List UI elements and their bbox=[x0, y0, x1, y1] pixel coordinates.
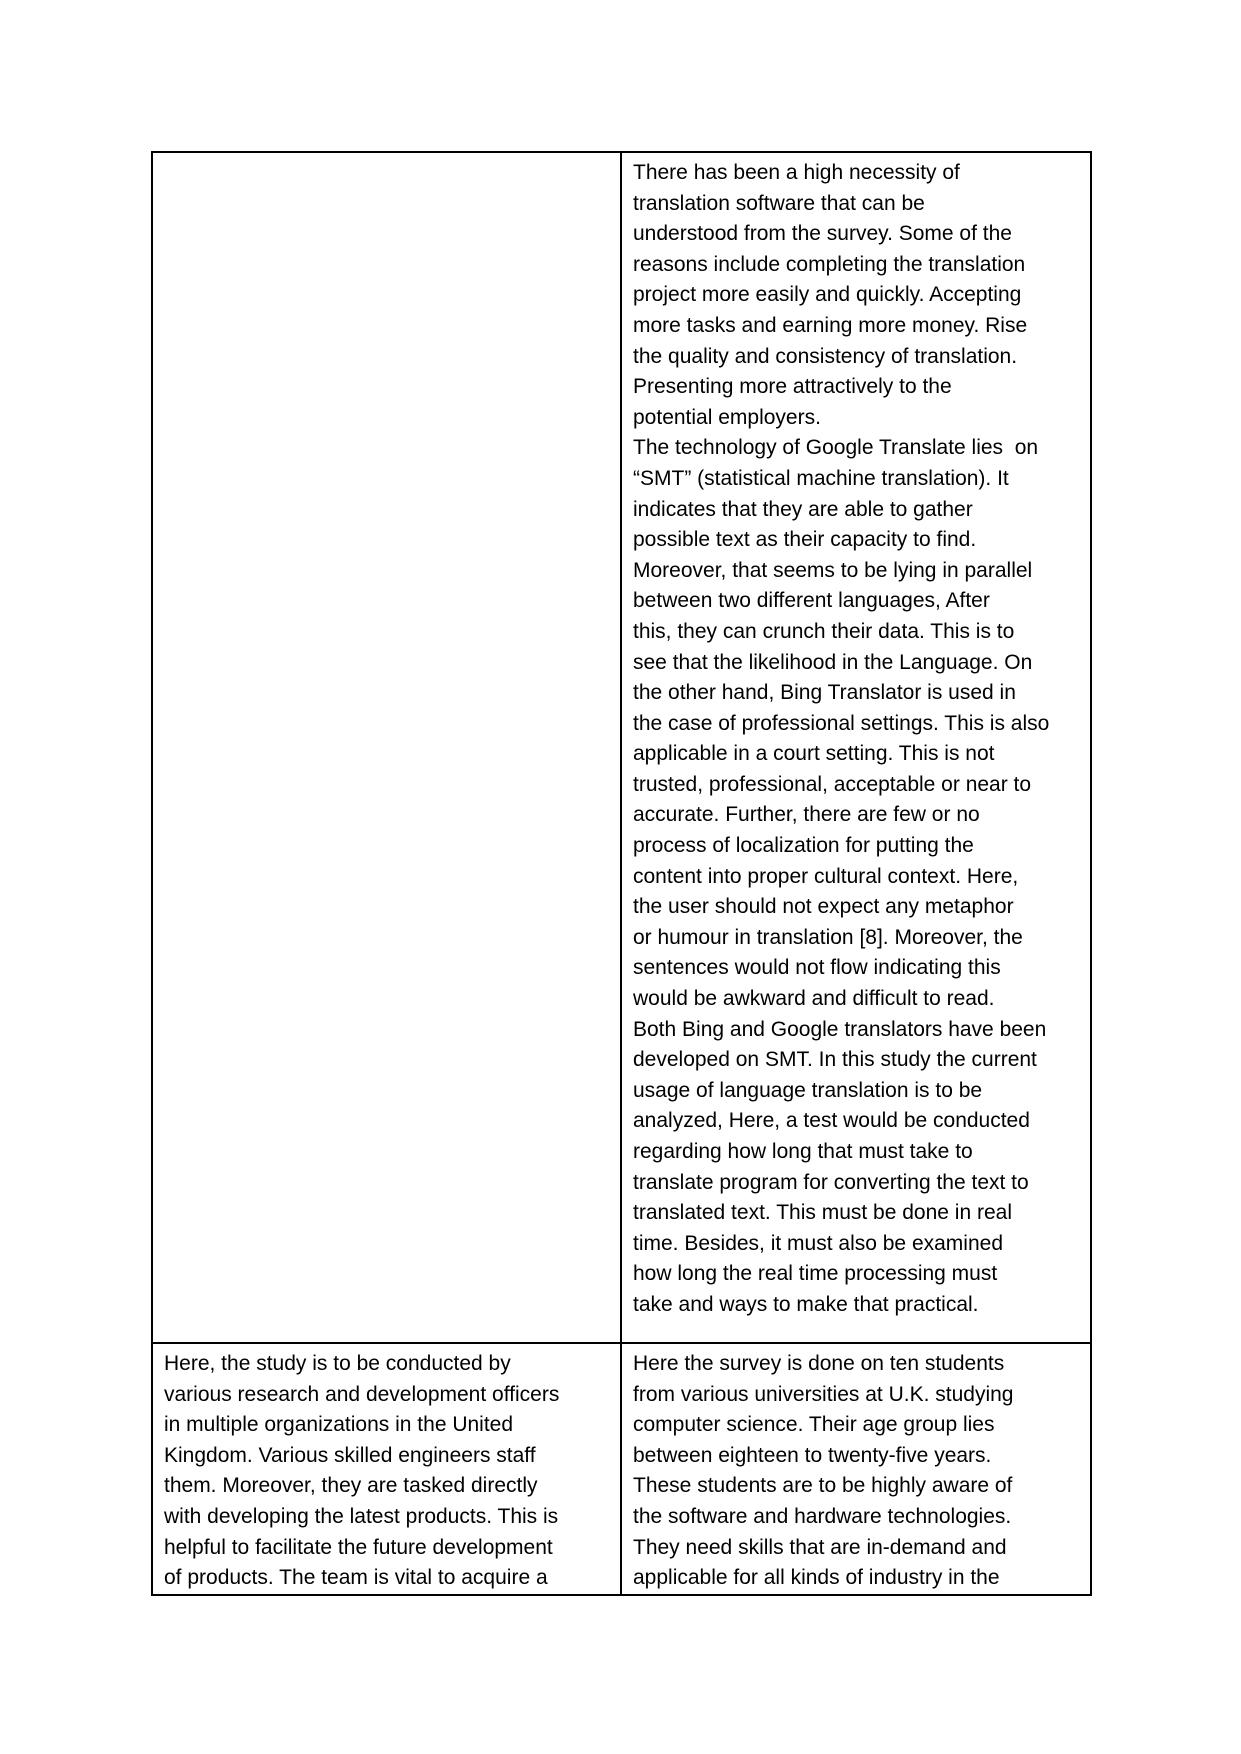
text-line: various research and development officer… bbox=[164, 1380, 610, 1411]
text-line: time. Besides, it must also be examined bbox=[633, 1229, 1080, 1260]
text-line: Here the survey is done on ten students bbox=[633, 1349, 1080, 1380]
text-line: take and ways to make that practical. bbox=[633, 1290, 1080, 1321]
text-line: Moreover, that seems to be lying in para… bbox=[633, 556, 1080, 587]
table-cell-r2c2-survey-text: Here the survey is done on ten studentsf… bbox=[621, 1343, 1091, 1595]
text-line: of products. The team is vital to acquir… bbox=[164, 1563, 610, 1594]
text-line: reasons include completing the translati… bbox=[633, 250, 1080, 281]
text-line: usage of language translation is to be bbox=[633, 1076, 1080, 1107]
text-line: translate program for converting the tex… bbox=[633, 1168, 1080, 1199]
text-line: trusted, professional, acceptable or nea… bbox=[633, 770, 1080, 801]
text-line: applicable for all kinds of industry in … bbox=[633, 1563, 1080, 1594]
text-line: These students are to be highly aware of bbox=[633, 1471, 1080, 1502]
text-line: sentences would not flow indicating this bbox=[633, 953, 1080, 984]
text-line: see that the likelihood in the Language.… bbox=[633, 648, 1080, 679]
text-line: indicates that they are able to gather bbox=[633, 495, 1080, 526]
text-line: in multiple organizations in the United bbox=[164, 1410, 610, 1441]
text-line: computer science. Their age group lies bbox=[633, 1410, 1080, 1441]
text-line: between eighteen to twenty-five years. bbox=[633, 1441, 1080, 1472]
text-line: Kingdom. Various skilled engineers staff bbox=[164, 1441, 610, 1472]
text-line: the software and hardware technologies. bbox=[633, 1502, 1080, 1533]
text-line: translated text. This must be done in re… bbox=[633, 1198, 1080, 1229]
text-line: They need skills that are in-demand and bbox=[633, 1533, 1080, 1564]
text-line: understood from the survey. Some of the bbox=[633, 219, 1080, 250]
text-line: the quality and consistency of translati… bbox=[633, 342, 1080, 373]
text-line: the user should not expect any metaphor bbox=[633, 892, 1080, 923]
table-cell-r1c2-translation-text: There has been a high necessity oftransl… bbox=[621, 152, 1091, 1343]
text-line: regarding how long that must take to bbox=[633, 1137, 1080, 1168]
text-line: analyzed, Here, a test would be conducte… bbox=[633, 1106, 1080, 1137]
text-line: accurate. Further, there are few or no bbox=[633, 800, 1080, 831]
text-line: more tasks and earning more money. Rise bbox=[633, 311, 1080, 342]
table-row: Here, the study is to be conducted byvar… bbox=[152, 1343, 1091, 1595]
text-line: the case of professional settings. This … bbox=[633, 709, 1080, 740]
text-line: how long the real time processing must bbox=[633, 1259, 1080, 1290]
text-line: applicable in a court setting. This is n… bbox=[633, 739, 1080, 770]
table-cell-r1c1-empty bbox=[152, 152, 621, 1343]
text-line: project more easily and quickly. Accepti… bbox=[633, 280, 1080, 311]
text-line: possible text as their capacity to find. bbox=[633, 525, 1080, 556]
text-line: with developing the latest products. Thi… bbox=[164, 1502, 610, 1533]
text-line: Both Bing and Google translators have be… bbox=[633, 1015, 1080, 1046]
text-line: Here, the study is to be conducted by bbox=[164, 1349, 610, 1380]
text-line: content into proper cultural context. He… bbox=[633, 862, 1080, 893]
text-line: would be awkward and difficult to read. bbox=[633, 984, 1080, 1015]
text-line: process of localization for putting the bbox=[633, 831, 1080, 862]
text-line: this, they can crunch their data. This i… bbox=[633, 617, 1080, 648]
text-line: There has been a high necessity of bbox=[633, 158, 1080, 189]
text-line: them. Moreover, they are tasked directly bbox=[164, 1471, 610, 1502]
text-line: Presenting more attractively to the bbox=[633, 372, 1080, 403]
text-line: “SMT” (statistical machine translation).… bbox=[633, 464, 1080, 495]
text-line: between two different languages, After bbox=[633, 586, 1080, 617]
text-line: translation software that can be bbox=[633, 189, 1080, 220]
document-page: There has been a high necessity oftransl… bbox=[0, 0, 1241, 1754]
text-line: the other hand, Bing Translator is used … bbox=[633, 678, 1080, 709]
text-line: The technology of Google Translate lies … bbox=[633, 433, 1080, 464]
text-line: helpful to facilitate the future develop… bbox=[164, 1533, 610, 1564]
text-line: developed on SMT. In this study the curr… bbox=[633, 1045, 1080, 1076]
table-row: There has been a high necessity oftransl… bbox=[152, 152, 1091, 1343]
table-cell-r2c1-study-text: Here, the study is to be conducted byvar… bbox=[152, 1343, 621, 1595]
text-line: potential employers. bbox=[633, 403, 1080, 434]
document-table: There has been a high necessity oftransl… bbox=[151, 151, 1092, 1596]
text-line: or humour in translation [8]. Moreover, … bbox=[633, 923, 1080, 954]
text-line: from various universities at U.K. studyi… bbox=[633, 1380, 1080, 1411]
